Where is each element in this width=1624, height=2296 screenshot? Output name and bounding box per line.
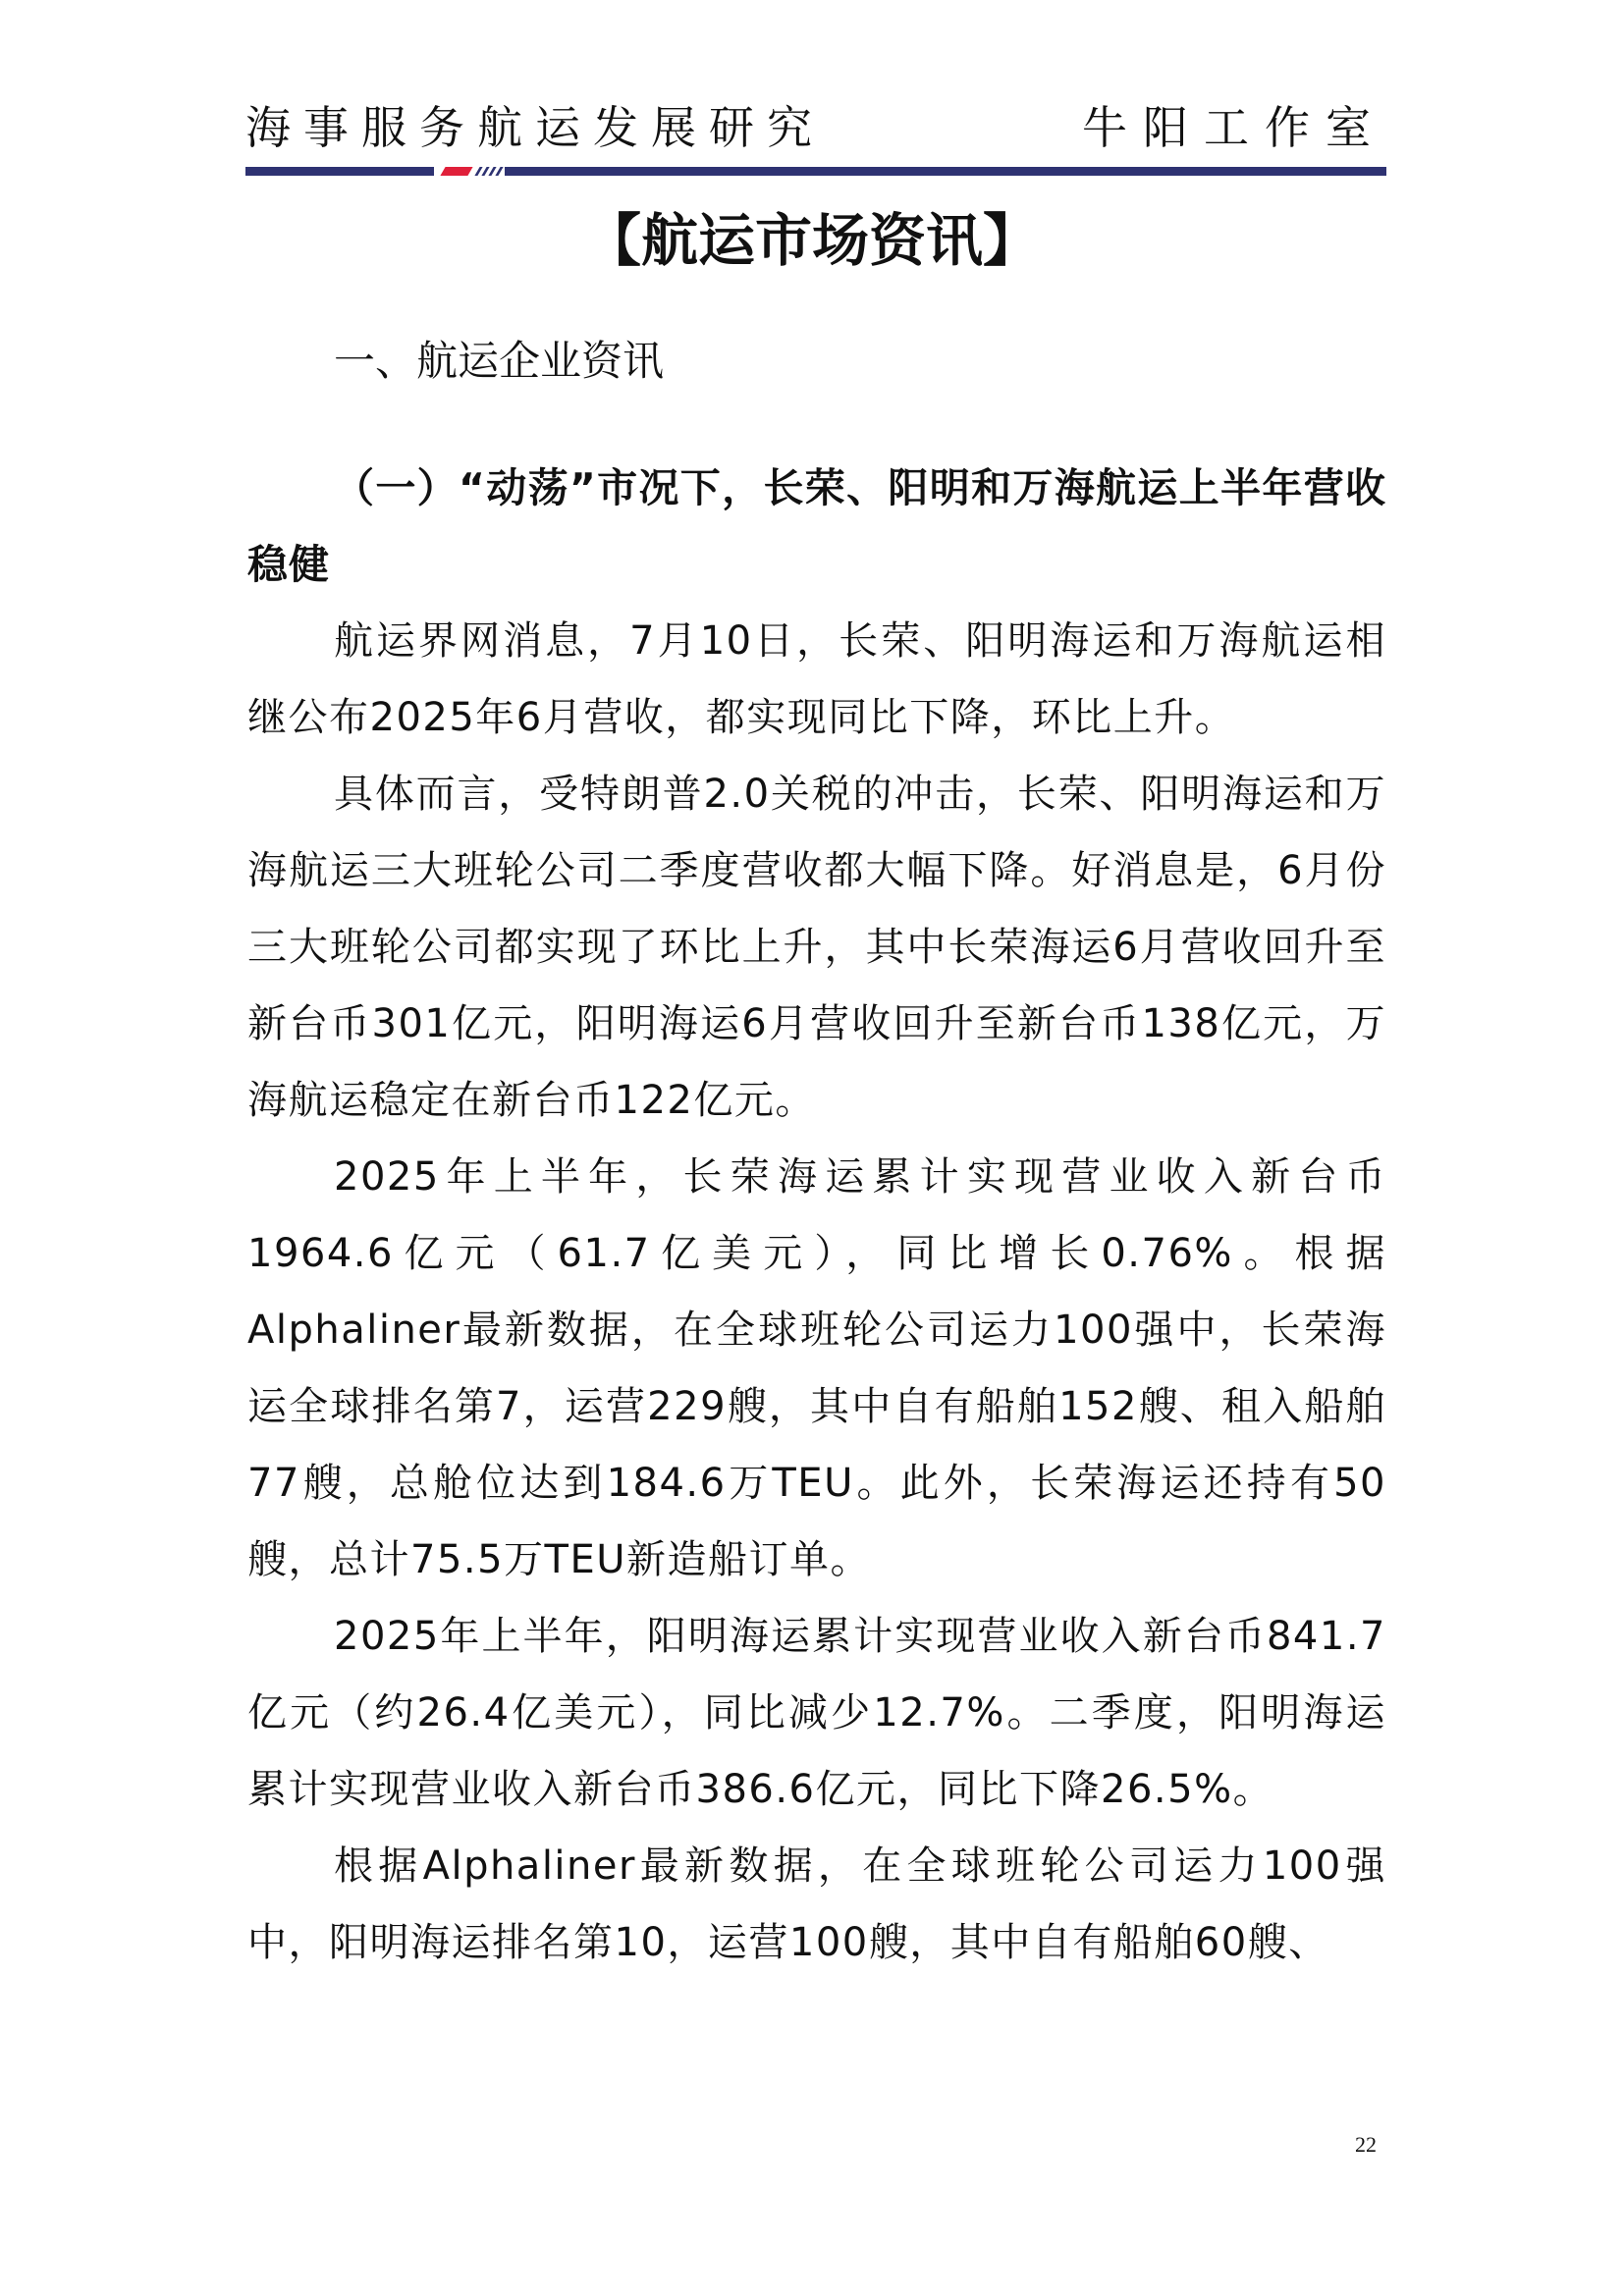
paragraph: 根据Alphaliner最新数据，在全球班轮公司运力100强中，阳明海运排名第1… bbox=[247, 1828, 1386, 1981]
divider-navy-left bbox=[245, 167, 434, 176]
header-divider bbox=[245, 167, 1386, 176]
header-publication-title: 海事服务航运发展研究 bbox=[245, 98, 825, 157]
divider-red-segment bbox=[440, 167, 472, 176]
paragraph: 航运界网消息，7月10日，长荣、阳明海运和万海航运相继公布2025年6月营收，都… bbox=[247, 603, 1386, 756]
section-heading: 一、航运企业资讯 bbox=[334, 332, 664, 391]
header-studio-name: 牛阳工作室 bbox=[1082, 98, 1386, 157]
article-subheading: （一）“动荡”市况下，长荣、阳明和万海航运上半年营收稳健 bbox=[247, 450, 1386, 603]
paragraph: 2025年上半年，阳明海运累计实现营业收入新台币841.7亿元（约26.4亿美元… bbox=[247, 1598, 1386, 1828]
page-number: 22 bbox=[1355, 2132, 1377, 2158]
page-title: 【航运市场资讯】 bbox=[0, 201, 1624, 280]
paragraph: 2025年上半年，长荣海运累计实现营业收入新台币1964.6亿元（61.7亿美元… bbox=[247, 1139, 1386, 1598]
article-body: （一）“动荡”市况下，长荣、阳明和万海航运上半年营收稳健 航运界网消息，7月10… bbox=[247, 450, 1386, 1981]
divider-navy-right bbox=[505, 167, 1386, 176]
divider-stripe bbox=[495, 167, 503, 176]
page-header: 海事服务航运发展研究 牛阳工作室 bbox=[245, 98, 1386, 157]
paragraph: 具体而言，受特朗普2.0关税的冲击，长荣、阳明海运和万海航运三大班轮公司二季度营… bbox=[247, 756, 1386, 1139]
